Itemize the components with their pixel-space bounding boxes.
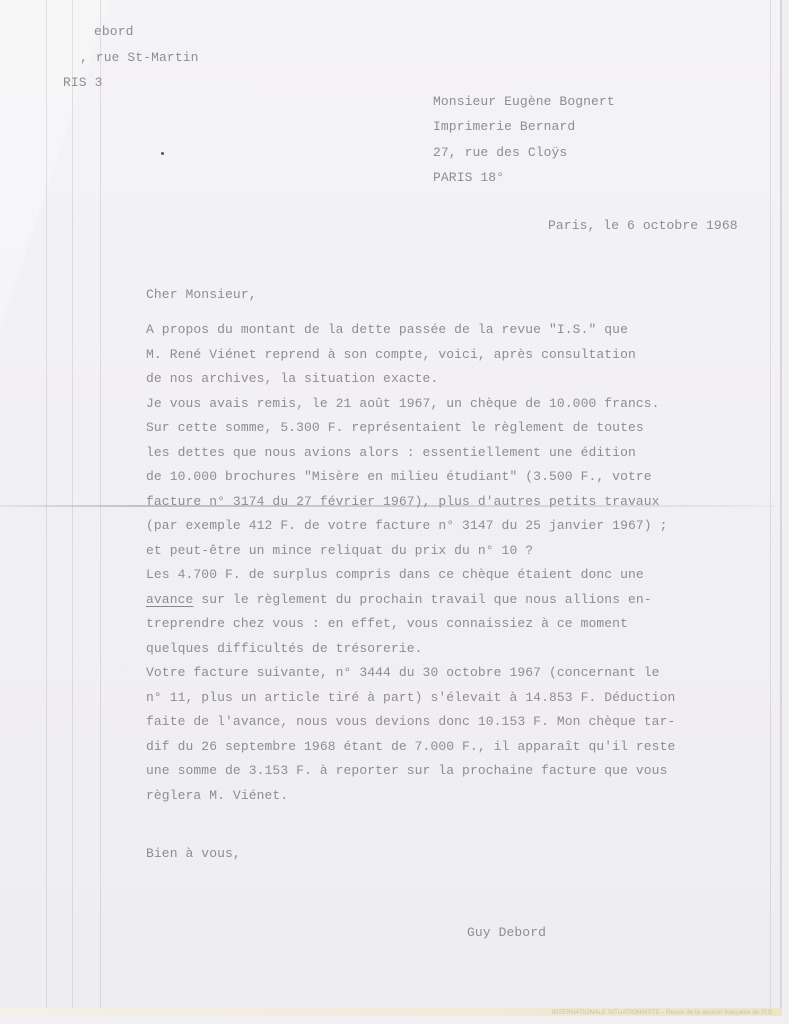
body-line: de 10.000 brochures "Misère en milieu ét… — [146, 469, 652, 485]
body-line: Je vous avais remis, le 21 août 1967, un… — [146, 396, 660, 412]
body-line: n° 11, plus un article tiré à part) s'él… — [146, 690, 675, 706]
recipient-line: Imprimerie Bernard — [433, 119, 575, 135]
body-line: facture n° 3174 du 27 février 1967), plu… — [146, 494, 660, 510]
sender-line: ebord — [94, 24, 134, 40]
body-line: Votre facture suivante, n° 3444 du 30 oc… — [146, 665, 660, 681]
body-line: (par exemple 412 F. de votre facture n° … — [146, 518, 667, 534]
closing: Bien à vous, — [146, 846, 241, 862]
body-line: M. René Viénet reprend à son compte, voi… — [146, 347, 636, 363]
paper-rule-line — [46, 0, 47, 1008]
body-line: quelques difficultés de trésorerie. — [146, 641, 423, 657]
body-line: faite de l'avance, nous vous devions don… — [146, 714, 675, 730]
body-line: et peut-être un mince reliquat du prix d… — [146, 543, 533, 559]
salutation: Cher Monsieur, — [146, 287, 257, 303]
body-line: règlera M. Viénet. — [146, 788, 288, 804]
recipient-line: Monsieur Eugène Bognert — [433, 94, 615, 110]
body-line: Sur cette somme, 5.300 F. représentaient… — [146, 420, 644, 436]
paper-rule-line — [100, 0, 101, 1008]
body-line: les dettes que nous avions alors : essen… — [146, 445, 636, 461]
recipient-line: 27, rue des Cloÿs — [433, 145, 567, 161]
paper-rule-line — [72, 0, 73, 1008]
footer-imprint: INTERNATIONALE SITUATIONNISTE - Revue de… — [552, 1010, 774, 1016]
body-line: dif du 26 septembre 1968 étant de 7.000 … — [146, 739, 675, 755]
underlined-word: avance — [146, 592, 193, 607]
signature: Guy Debord — [467, 925, 546, 941]
body-line: une somme de 3.153 F. à reporter sur la … — [146, 763, 667, 779]
body-line: avance sur le règlement du prochain trav… — [146, 592, 652, 608]
recipient-line: PARIS 18° — [433, 170, 504, 186]
paper-rule-line — [770, 0, 771, 1008]
date-line: Paris, le 6 octobre 1968 — [548, 218, 738, 234]
body-line: de nos archives, la situation exacte. — [146, 371, 438, 387]
ink-speck — [161, 152, 164, 155]
body-line: treprendre chez vous : en effet, vous co… — [146, 616, 628, 632]
body-line: Les 4.700 F. de surplus compris dans ce … — [146, 567, 644, 583]
body-line: A propos du montant de la dette passée d… — [146, 322, 628, 338]
letter-page: ebord , rue St-Martin RIS 3 Monsieur Eug… — [0, 0, 782, 1016]
sender-line: , rue St-Martin — [80, 50, 199, 66]
sender-line: RIS 3 — [63, 75, 103, 91]
